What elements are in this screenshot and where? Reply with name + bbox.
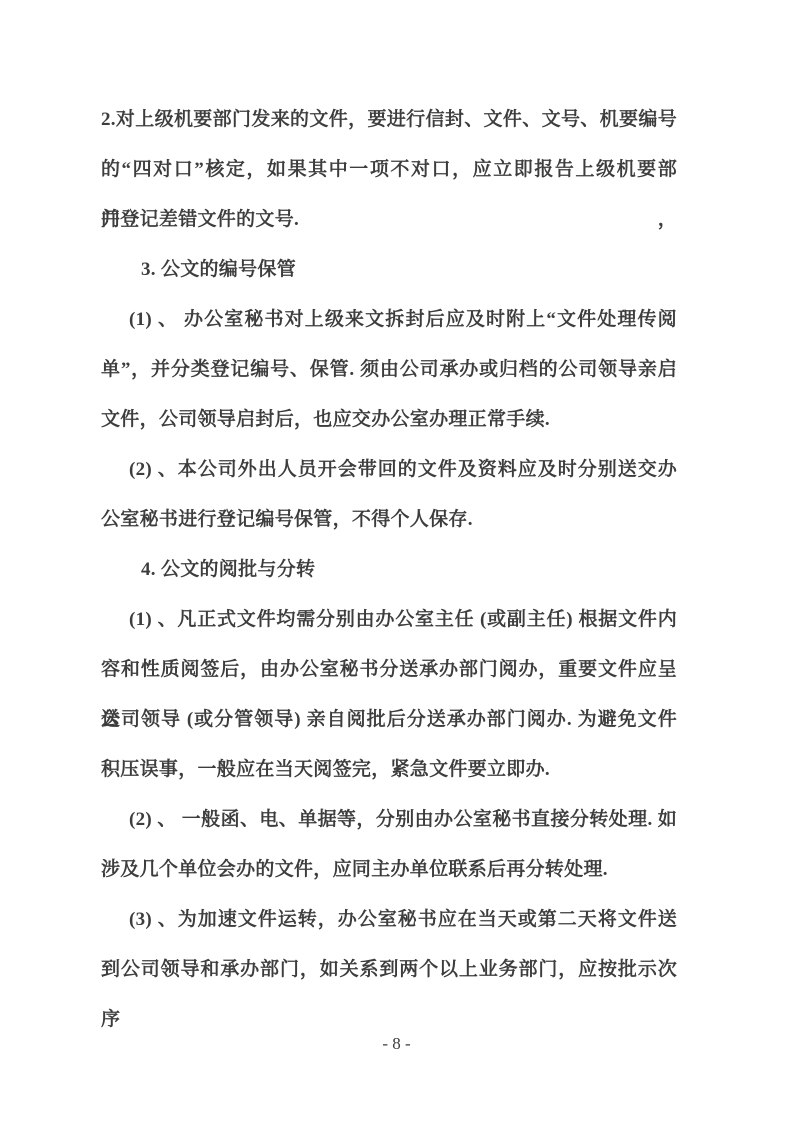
document-page: 2.对上级机要部门发来的文件，要进行信封、文件、文号、机要编号 的“四对口”核定… [0,0,793,1122]
list-item-line: (2) 、 一般函、电、单据等，分别由办公室秘书直接分转处理. 如 [101,795,677,845]
paragraph-line: 的“四对口”核定，如果其中一项不对口，应立即报告上级机要部门， [101,145,677,195]
paragraph-line: 积压误事，一般应在当天阅签完，紧急文件要立即办. [101,745,677,795]
list-item-line: (1) 、 办公室秘书对上级来文拆封后应及时附上“文件处理传阅 [101,295,677,345]
paragraph-line: 公室秘书进行登记编号保管，不得个人保存. [101,495,677,545]
section-heading: 3. 公文的编号保管 [101,245,677,295]
page-number: - 8 - [0,1030,793,1058]
list-item-line: (3) 、为加速文件运转，办公室秘书应在当天或第二天将文件送 [101,895,677,945]
section-heading: 4. 公文的阅批与分转 [101,545,677,595]
paragraph-line: 文件，公司领导启封后，也应交办公室办理正常手续. [101,395,677,445]
paragraph-line: 2.对上级机要部门发来的文件，要进行信封、文件、文号、机要编号 [101,95,677,145]
paragraph-line: 涉及几个单位会办的文件，应同主办单位联系后再分转处理. [101,845,677,895]
paragraph-line: 公司领导 (或分管领导) 亲自阅批后分送承办部门阅办. 为避免文件 [101,695,677,745]
paragraph-line: 容和性质阅签后，由办公室秘书分送承办部门阅办，重要文件应呈送 [101,645,677,695]
paragraph-line: 单”，并分类登记编号、保管. 须由公司承办或归档的公司领导亲启 [101,345,677,395]
list-item-line: (1) 、凡正式文件均需分别由办公室主任 (或副主任) 根据文件内 [101,595,677,645]
paragraph-line: 到公司领导和承办部门，如关系到两个以上业务部门，应按批示次序 [101,945,677,995]
document-text-block: 2.对上级机要部门发来的文件，要进行信封、文件、文号、机要编号 的“四对口”核定… [101,95,677,995]
list-item-line: (2) 、本公司外出人员开会带回的文件及资料应及时分别送交办 [101,445,677,495]
